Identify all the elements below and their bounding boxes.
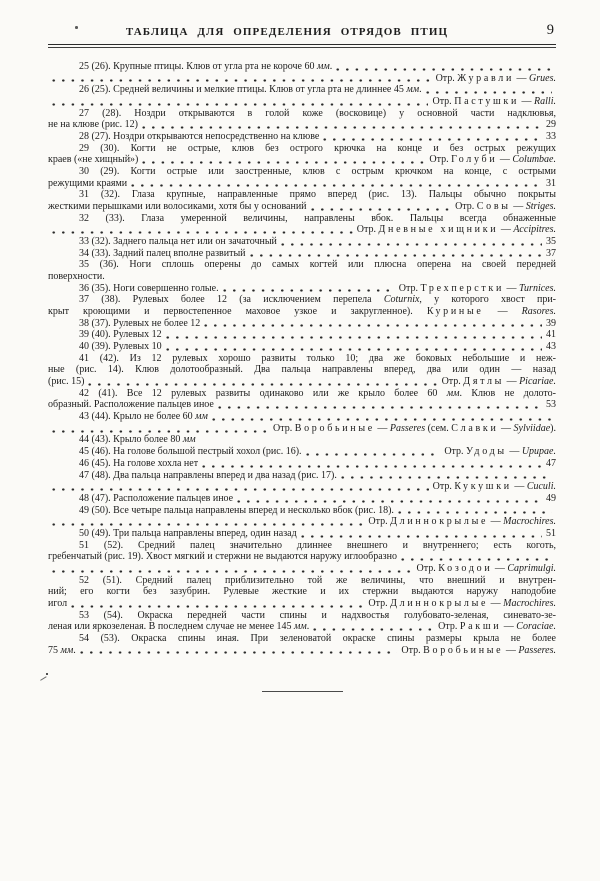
key-text-segment: — [498,224,513,236]
dotted-leader [166,348,542,351]
key-text-line: иголОтр. Длиннокрылые — Macrochires. [48,598,556,610]
key-text-segment: Sylviidae [514,423,551,435]
key-text-segment: Удоды [466,446,507,458]
key-text-segment: Striges. [526,201,556,213]
key-text-segment: 28 (27). Ноздри открываются непосредстве… [79,131,319,143]
key-text-segment: — [504,283,519,295]
key-text-segment: леная или яркозеленая. В последнем случа… [48,621,294,633]
key-text-line: 36 (35). Ноги совершенно голые.Отр. Трех… [48,283,556,295]
key-text-segment: Длиннокрылые [390,516,488,528]
key-text-line: Отр. Пастушки — Ralli. [48,96,556,108]
key-text-segment: ний; его когти без зазубрин. Рулевые жес… [48,586,556,597]
key-text-line: 40 (39). Рулевых 1043 [48,341,556,353]
key-text-line: 35 (36). Ноги сплошь оперены до самых ко… [48,259,556,271]
key-text-segment: Дневные хищники [379,224,499,236]
key-text-segment: — [519,96,534,108]
key-text-segment: 32 (33). Глаза умеренной величины, напра… [79,213,556,224]
key-text-line: ний; его когти без зазубрин. Рулевые жес… [48,586,556,598]
dotted-leader [131,184,542,187]
key-text-segment: Трехперстки [421,283,505,295]
key-text-segment: 42 (41). Все 12 рулевых развиты одинаков… [79,388,447,399]
key-text-segment: Пастушки [454,96,519,108]
key-text-segment: гребенчатый (рис. 19). Хвост мягкий и ст… [48,551,397,563]
key-text-line: 45 (46). На голове большой пестрый хохол… [48,446,556,458]
dotted-leader [204,324,542,327]
key-text-segment: — [492,563,507,575]
header-double-rule [48,44,556,48]
dotted-leader [88,383,437,386]
key-text-line: крыт кроющими и первостепенное маховое у… [48,306,556,318]
key-text-line: 52 (51). Средний палец приблизительно то… [48,575,556,587]
key-text-segment: Журавли [457,73,514,85]
key-text-line: жесткими перышками или волосиками, хотя … [48,201,556,213]
key-text-segment: . [73,645,76,657]
dotted-leader [52,103,428,106]
key-text-segment: 30 (29). Когти острые или заостренные, к… [79,166,556,177]
key-text-line: Отр. Воробьиные — Passeres (сем. Славки … [48,423,556,435]
dotted-leader [323,138,542,141]
key-text-segment: Голуби [451,154,497,166]
key-text-segment: 50 (49). Три пальца направлены вперед, о… [79,528,297,540]
dotted-leader [223,289,395,292]
key-text-segment: Upupae. [522,446,556,458]
dotted-leader [166,336,542,339]
key-text-segment: Отр. [433,481,455,493]
key-text-line: 48 (47). Расположение пальцев иное49 [48,493,556,505]
key-text-segment: . [307,621,310,633]
dotted-leader [250,254,542,257]
key-text-segment: поверхности. [48,271,105,283]
key-text-segment: 51 [546,528,556,540]
key-text-segment: мм [294,621,307,633]
key-text-line: 37 (38). Рулевых более 12 (за исключение… [48,294,556,306]
key-text-segment: Отр. [357,224,379,236]
key-text-segment: Отр. [432,96,454,108]
key-text-line: 31 (32). Глаза крупные, направленные пря… [48,189,556,201]
key-text-line: 42 (41). Все 12 рулевых развиты одинаков… [48,388,556,400]
key-text-line: 47 (48). Два пальца направлены вперед и … [48,470,556,482]
dotted-leader [301,535,542,538]
key-text-segment: Rasores. [522,306,556,317]
key-text-segment: — [484,306,522,317]
key-text-line: 27 (28). Ноздри открываются в голой коже… [48,108,556,120]
key-text-segment: 35 (36). Ноги сплошь оперены до самых ко… [79,259,556,270]
key-text-segment: — [501,621,516,633]
key-text-segment: , у которого хвост при- [419,294,556,305]
dotted-leader [426,91,552,94]
scan-artifact-stroke [40,676,47,681]
key-text-line: Отр. Журавли — Grues. [48,73,556,85]
dotted-leader [142,126,542,129]
key-text-line: Отр. Дневные хищники — Accipitres. [48,224,556,236]
key-text-segment: Passeres. [518,645,556,657]
key-text-line: 25 (26). Крупные птицы. Клюв от угла рта… [48,61,556,73]
dotted-leader [52,488,429,491]
dotted-leader [52,523,364,526]
key-text-line: режущими краями31 [48,178,556,190]
key-text-segment: 53 [546,399,556,411]
key-text-segment: мм [317,61,330,73]
key-text-segment: Macrochires. [503,516,556,528]
key-text-segment: Совы [477,201,511,213]
key-text-segment: Козодои [438,563,492,575]
key-text-segment: Ракши [460,621,501,633]
key-text-segment: 39 (40). Рулевых 12 [79,329,162,341]
key-text-segment: не на клюве (рис. 12) [48,119,138,131]
key-text-segment: — [488,516,503,528]
key-text-segment: режущими краями [48,178,127,190]
key-text-segment: Coturnix [384,294,420,305]
key-text-segment: мм [406,84,419,96]
key-text-segment: 29 (30). Когти не острые, клюв без остро… [79,143,556,154]
dotted-leader [218,406,542,409]
key-text-line: 53 (54). Окраска передней части спины и … [48,610,556,622]
key-text-segment: . Клюв не долото- [460,388,556,399]
key-text-segment: Отр. [436,73,458,85]
key-text-segment: Отр. [438,621,460,633]
key-text-segment: 39 [546,318,556,330]
key-text-segment: Ralli. [534,96,556,108]
key-text-segment: игол [48,598,67,610]
key-text-segment: — [512,481,527,493]
key-text-segment: Caprimulgi. [507,563,556,575]
dotted-leader [52,570,413,573]
key-text-segment: жесткими перышками или волосиками, хотя … [48,201,307,213]
key-text-segment: . [330,61,333,73]
dotted-leader [52,231,353,234]
key-text-segment: Columbae. [512,154,556,166]
key-text-segment: 41 [546,329,556,341]
dotted-leader [311,208,452,211]
key-text-line: краев («не хищный»)Отр. Голуби — Columba… [48,154,556,166]
key-text-segment: образный. Расположение пальцев иное [48,399,214,411]
dotted-leader [80,651,398,654]
key-text-segment: крыт кроющими и первостепенное маховое у… [48,306,427,317]
key-text-segment: Turnices. [519,283,556,295]
scan-artifact-mark [40,672,50,682]
key-text-segment: Macrochires. [503,598,556,610]
key-text-segment: 54 (53). Окраска спины иная. При зеленов… [79,633,556,644]
dotted-leader [202,465,542,468]
dotted-leader [281,243,542,246]
key-text-segment: 36 (35). Ноги совершенно голые. [79,283,219,295]
key-text-segment: — [497,154,512,166]
scan-artifact-dot [75,26,78,29]
key-text-segment: 38 (37). Рулевых не более 12 [79,318,200,330]
key-text-segment: — [504,376,519,388]
key-text-line: Отр. Длиннокрылые — Macrochires. [48,516,556,528]
key-text-line: 43 (44). Крыло не более 60 мм [48,411,556,423]
key-text-segment: ). [550,423,556,435]
key-text-segment: 40 (39). Рулевых 10 [79,341,162,353]
key-text-segment: 25 (26). Крупные птицы. Клюв от угла рта… [79,61,317,73]
running-head-title: ТАБЛИЦА ДЛЯ ОПРЕДЕЛЕНИЯ ОТРЯДОВ ПТИЦ [48,26,526,38]
key-text-segment: 45 (46). На голове большой пестрый хохол… [79,446,302,458]
key-text-segment: Воробьиные [423,645,503,657]
page-number: 9 [547,22,554,39]
key-text-line: 33 (32). Заднего пальца нет или он зачат… [48,236,556,248]
key-text-line: 49 (50). Все четыре пальца направлены вп… [48,505,556,517]
key-text-segment: 47 (48). Два пальца направлены вперед и … [79,470,337,482]
key-text-segment: — [499,423,514,435]
scan-artifact-dot-small [46,673,48,675]
key-text-segment: 46 (45). На голове хохла нет [79,458,198,470]
key-text-segment: Accipitres. [513,224,556,236]
key-text-line: 29 (30). Когти не острые, клюв без остро… [48,143,556,155]
footer-rule [262,691,343,692]
dotted-leader [336,68,552,71]
key-text-segment: Отр. [368,516,390,528]
key-text-line: 34 (33). Задний палец вполне развитый37 [48,248,556,260]
key-text-segment: — [514,73,529,85]
key-text-segment: Picariae. [519,376,556,388]
key-text-segment: мм [447,388,460,399]
key-text-segment: Cuculi. [527,481,556,493]
dotted-leader [71,605,364,608]
key-text-line: 41 (42). Из 12 рулевых хорошо развиты то… [48,353,556,365]
dotted-leader [313,628,434,631]
key-text-segment: 48 (47). Расположение пальцев иное [79,493,233,505]
key-text-line: 75 мм.Отр. Воробьиные — Passeres. [48,645,556,657]
key-text-segment: Отр. [442,376,464,388]
key-text-segment: 53 (54). Окраска передней части спины и … [79,610,556,621]
key-text-segment: ные (рис. 14). Клюв долотообразный. Два … [48,364,556,375]
key-text-segment: (рис. 15) [48,376,84,388]
key-text-line: гребенчатый (рис. 19). Хвост мягкий и ст… [48,551,556,563]
key-text-segment: Отр. [368,598,390,610]
key-text-segment: 43 (44). Крыло не более 60 [79,411,195,423]
dotted-leader [401,558,552,561]
key-text-segment: 52 (51). Средний палец приблизительно то… [79,575,556,586]
key-text-line: 30 (29). Когти острые или заостренные, к… [48,166,556,178]
key-text-segment: 31 [546,178,556,190]
key-text-segment: Coraciae. [516,621,556,633]
key-text-line: 38 (37). Рулевых не более 1239 [48,318,556,330]
key-text-segment: — [507,446,522,458]
key-text-line: 26 (25). Средней величины и мелкие птицы… [48,84,556,96]
key-text-line: поверхности. [48,271,556,283]
key-text-segment: Passeres [390,423,425,435]
key-text-segment: 33 (32). Заднего пальца нет или он зачат… [79,236,277,248]
dotted-leader [237,500,542,503]
key-text-line: 39 (40). Рулевых 1241 [48,329,556,341]
key-text-segment: 75 [48,645,61,657]
key-text-segment: мм [183,434,196,446]
key-text-segment: Длиннокрылые [390,598,488,610]
key-text-line: Отр. Козодои — Caprimulgi. [48,563,556,575]
key-text-line: не на клюве (рис. 12)29 [48,119,556,131]
key-text-segment: 29 [546,119,556,131]
key-text-segment: Grues. [529,73,556,85]
key-text-line: 54 (53). Окраска спины иная. При зеленов… [48,633,556,645]
key-text-segment: 37 [546,248,556,260]
key-text-segment: 27 (28). Ноздри открываются в голой коже… [79,108,556,119]
key-text-segment: мм [195,411,208,423]
key-text-segment: 41 (42). Из 12 рулевых хорошо развиты то… [79,353,556,364]
key-text-segment: — [488,598,503,610]
dotted-leader [341,476,552,479]
dotted-leader [142,161,425,164]
dotted-leader [52,430,269,433]
key-text-line: 44 (43). Крыло более 80 мм [48,435,556,447]
key-text-segment: Отр. [273,423,295,435]
key-text-line: 46 (45). На голове хохла нет47 [48,458,556,470]
key-text-line: (рис. 15)Отр. Дятлы — Picariae. [48,376,556,388]
key-text-segment: — [511,201,526,213]
key-text-segment: — [503,645,518,657]
page-header: ТАБЛИЦА ДЛЯ ОПРЕДЕЛЕНИЯ ОТРЯДОВ ПТИЦ 9 [48,22,556,44]
key-text-segment: 37 (38). Рулевых более 12 (за исключение… [79,294,384,305]
key-text-segment: 51 (52). Средний палец значительно длинн… [79,540,556,551]
dotted-leader [212,418,552,421]
key-text-segment: Воробьиные [295,423,375,435]
key-text-segment: . [419,84,422,96]
key-text-segment: Куриные [427,306,484,317]
key-text-line: 50 (49). Три пальца направлены вперед, о… [48,528,556,540]
key-text-segment: 34 (33). Задний палец вполне развитый [79,248,246,260]
key-text-line: Отр. Кукушки — Cuculi. [48,481,556,493]
key-text-line: 32 (33). Глаза умеренной величины, напра… [48,213,556,225]
key-text-segment: 33 [546,131,556,143]
key-text-segment: 43 [546,341,556,353]
key-text-segment: Отр. [417,563,439,575]
key-text-segment: 35 [546,236,556,248]
key-text-segment: 47 [546,458,556,470]
key-text-segment: 31 (32). Глаза крупные, направленные пря… [79,189,556,200]
key-text-segment: 49 [546,493,556,505]
key-text-segment: Отр. [399,283,421,295]
key-text-line: 28 (27). Ноздри открываются непосредстве… [48,131,556,143]
key-text-segment: краев («не хищный») [48,154,138,166]
key-text-segment: Отр. [444,446,466,458]
identification-key-list: 25 (26). Крупные птицы. Клюв от угла рта… [48,61,556,656]
key-text-line: леная или яркозеленая. В последнем случа… [48,621,556,633]
key-text-line: ные (рис. 14). Клюв долотообразный. Два … [48,364,556,376]
key-text-line: образный. Расположение пальцев иное53 [48,399,556,411]
dotted-leader [398,511,552,514]
key-text-line: 51 (52). Средний палец значительно длинн… [48,540,556,552]
key-text-segment: — [375,423,390,435]
key-text-segment: (сем. [425,423,451,435]
key-text-segment: мм [61,645,74,657]
key-text-segment: Славки [451,423,498,435]
key-text-segment: Кукушки [454,481,511,493]
key-text-segment: Отр. [455,201,477,213]
key-text-segment: Дятлы [463,376,504,388]
key-text-segment: 44 (43). Крыло более 80 [79,434,183,446]
key-text-segment: Отр. [429,154,451,166]
dotted-leader [52,79,432,82]
key-text-segment: 49 (50). Все четыре пальца направлены вп… [79,505,394,517]
dotted-leader [306,453,441,456]
scanned-book-page: ТАБЛИЦА ДЛЯ ОПРЕДЕЛЕНИЯ ОТРЯДОВ ПТИЦ 9 2… [0,0,600,881]
key-text-segment: 26 (25). Средней величины и мелкие птицы… [79,84,406,96]
key-text-segment: Отр. [401,645,423,657]
